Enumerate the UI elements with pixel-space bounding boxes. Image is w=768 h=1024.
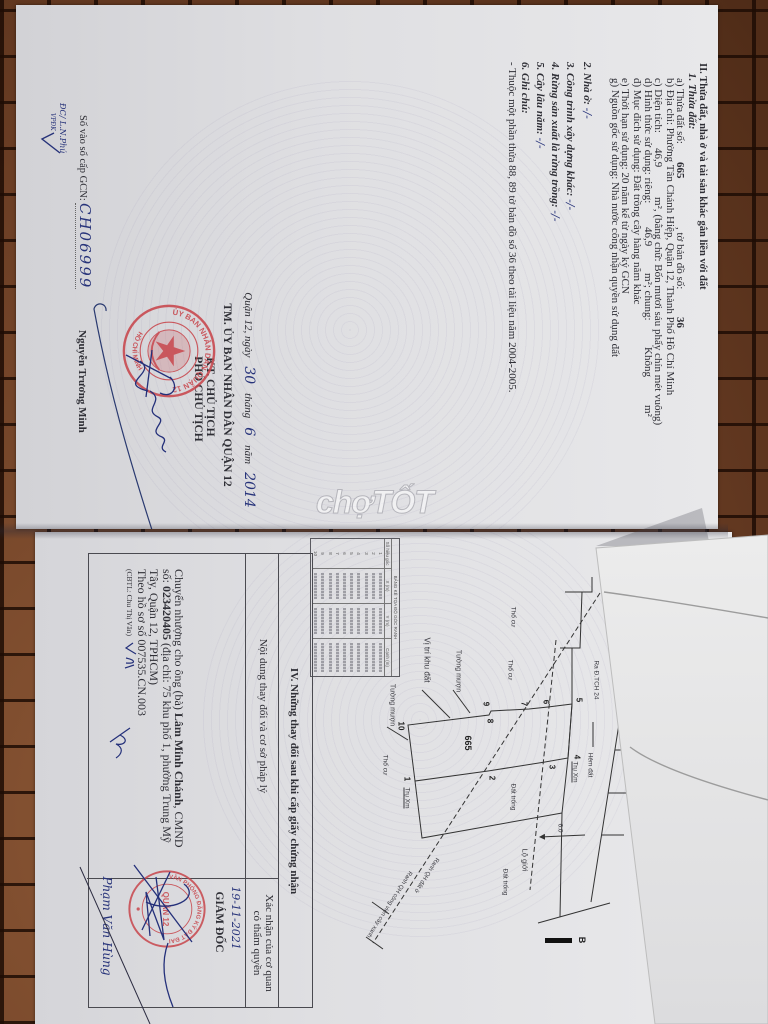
vice-chairman-signature bbox=[126, 350, 175, 452]
ink-stroke bbox=[80, 867, 150, 1024]
chotot-watermark: chợTỐT bbox=[316, 484, 433, 521]
certificate-page-land-details: II. Thửa đất, nhà ở và tài sản khác gắn … bbox=[16, 5, 718, 529]
certificate-page-map-and-changes: Vị trí khu đất Tường mượn Tường mượn Thổ… bbox=[35, 532, 732, 1024]
officer-initials bbox=[110, 643, 136, 758]
right-page-ink-overlay bbox=[35, 532, 732, 1024]
book-fold-crease bbox=[0, 523, 728, 539]
left-page-ink-overlay bbox=[16, 5, 718, 529]
ink-stroke bbox=[94, 304, 152, 529]
check-mark-icon bbox=[42, 133, 60, 153]
director-signature bbox=[134, 865, 192, 1007]
